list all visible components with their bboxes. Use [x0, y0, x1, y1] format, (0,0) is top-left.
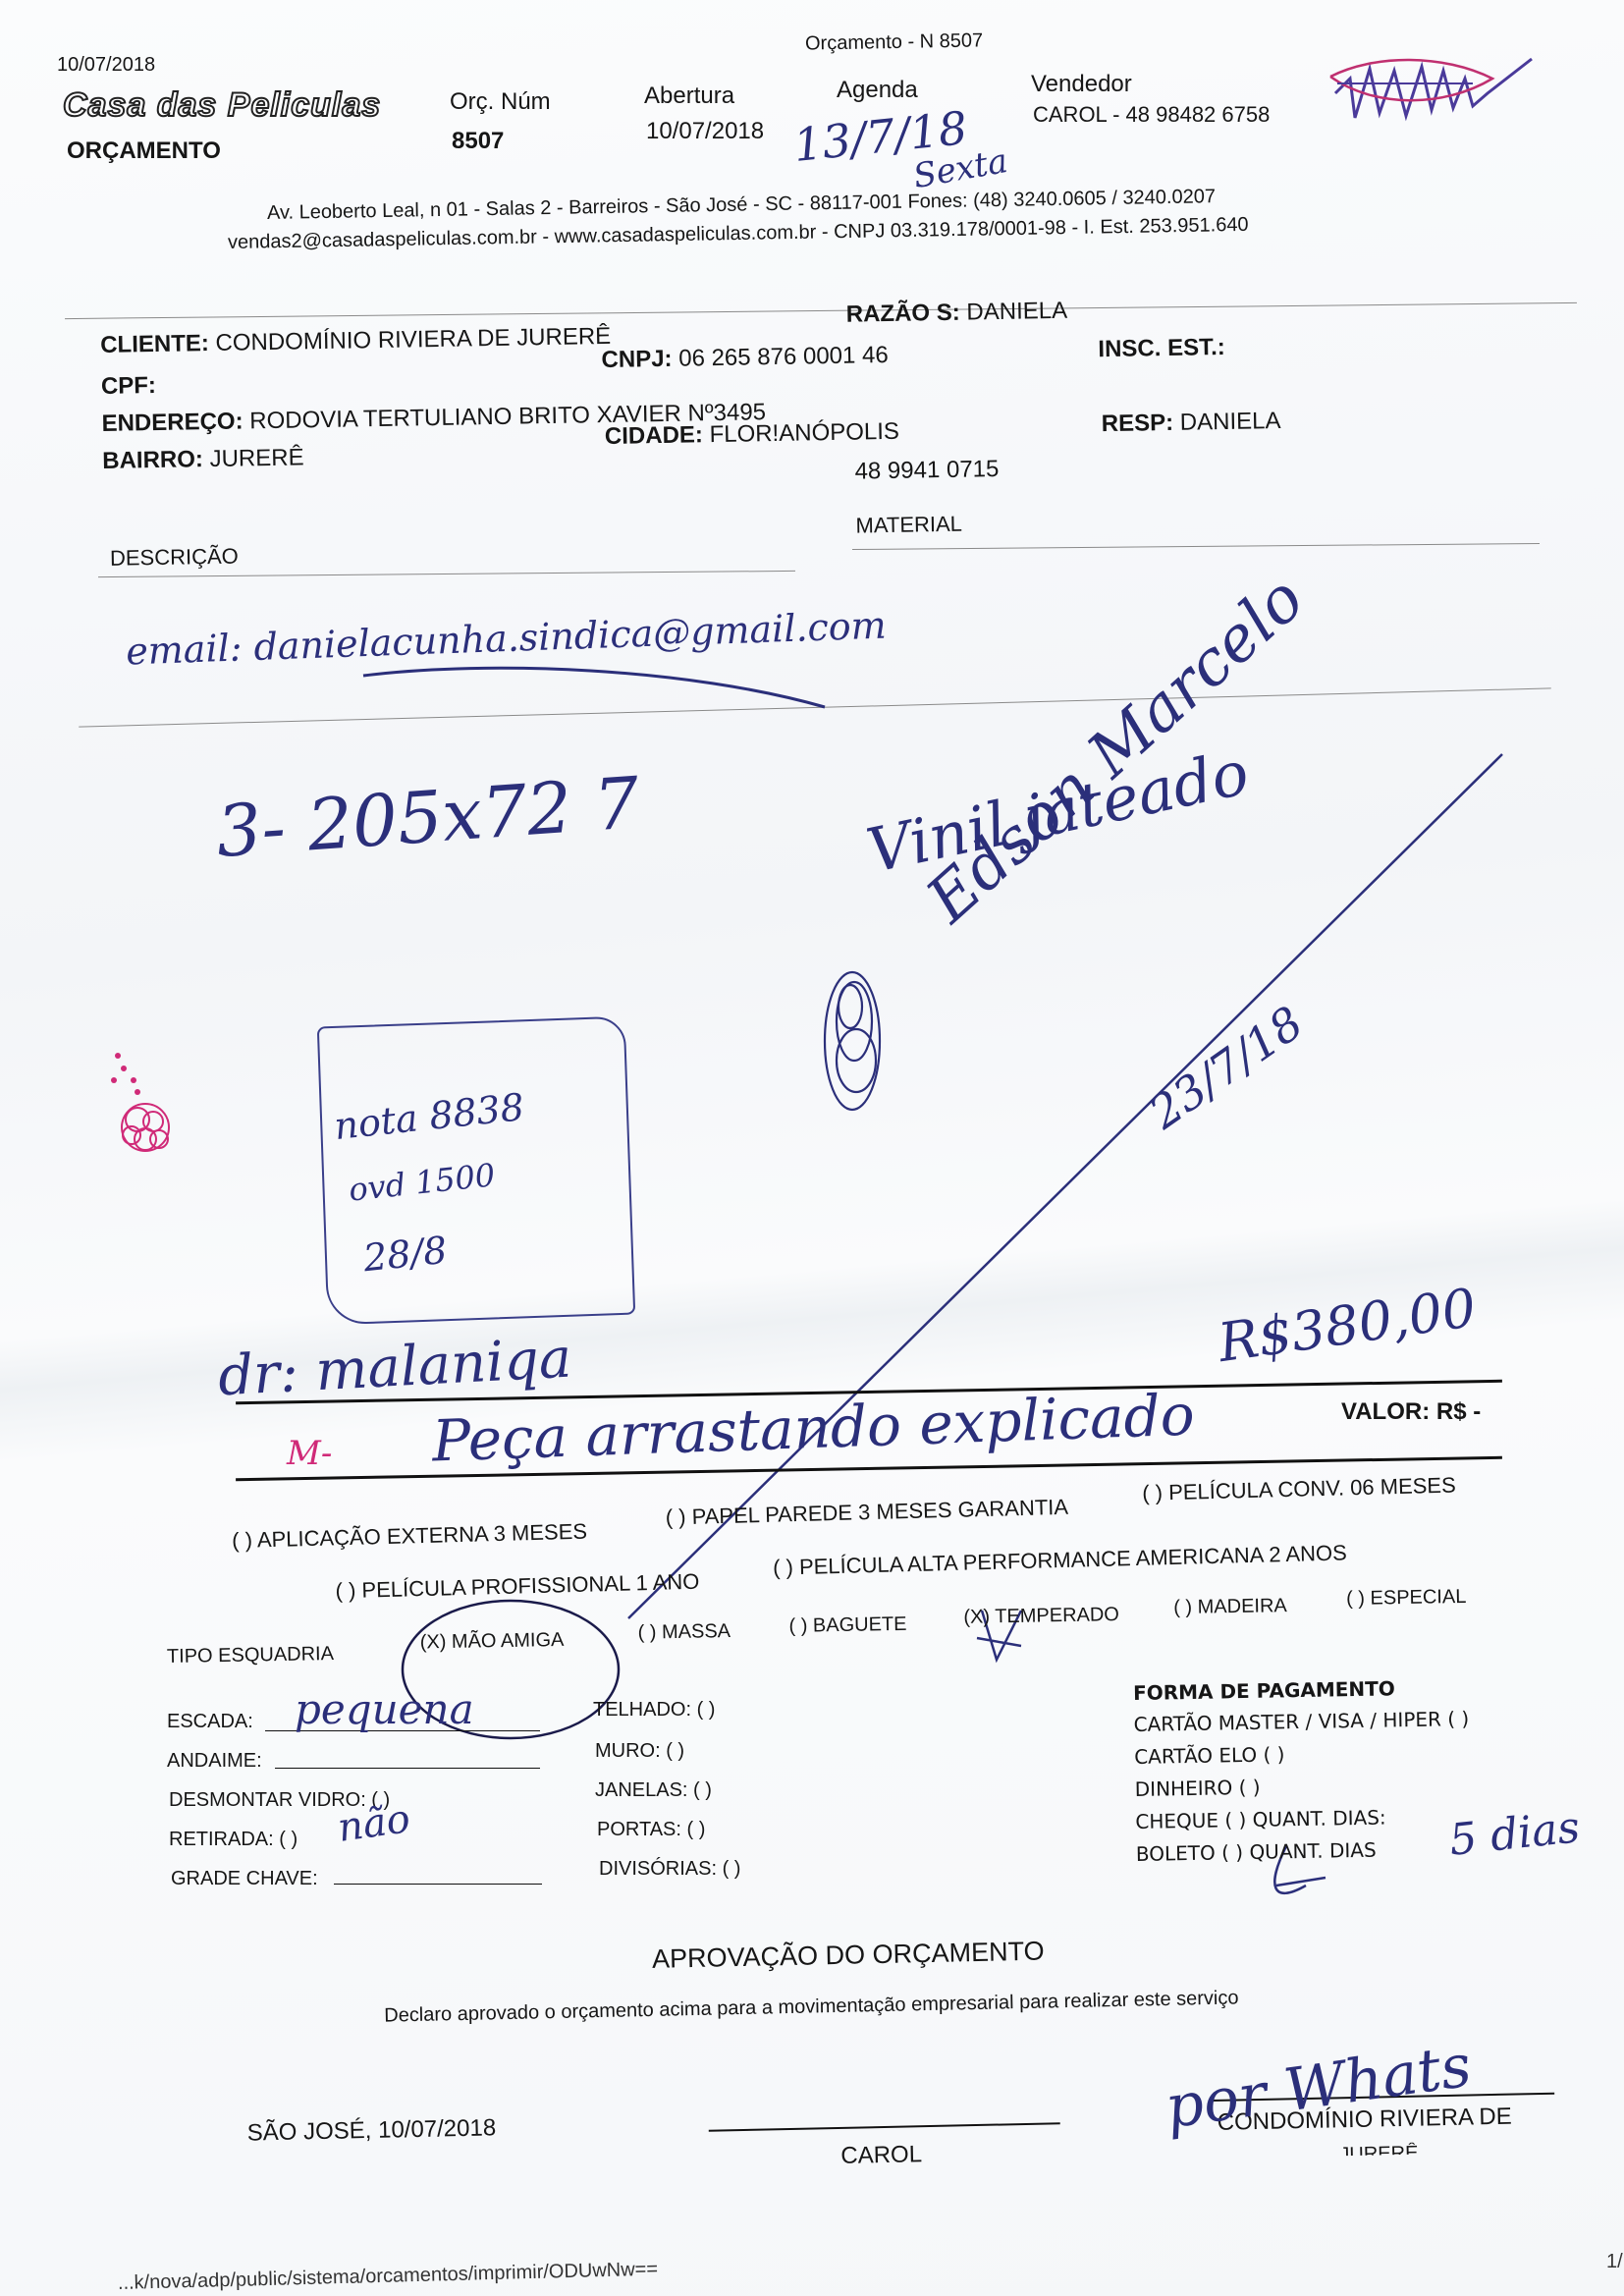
cnpj-value: 06 265 876 0001 46 — [678, 342, 889, 372]
checkbox-icon: ( ) — [788, 1615, 813, 1637]
insc-est-label: INSC. EST.: — [1098, 334, 1225, 363]
option-aplicacao-externa[interactable]: ( ) APLICAÇÃO EXTERNA 3 MESES — [232, 1519, 587, 1554]
footer-url: ...k/nova/adp/public/sistema/orcamentos/… — [118, 2259, 659, 2295]
cnpj-field: CNPJ: 06 265 876 0001 46 — [601, 342, 889, 374]
print-date: 10/07/2018 — [57, 54, 155, 77]
footer-page-number: 1/ — [1606, 2251, 1623, 2273]
material-underline — [852, 543, 1540, 550]
retirada-handwritten: não — [335, 1796, 412, 1851]
doc-title-top: Orçamento - N 8507 — [805, 29, 984, 55]
grade-chave-field-line[interactable] — [334, 1884, 542, 1885]
esquadria-massa[interactable]: ( ) MASSA — [637, 1620, 731, 1645]
descricao-underline — [98, 571, 795, 577]
esquadria-baguete[interactable]: ( ) BAGUETE — [788, 1613, 906, 1638]
telhado-field[interactable]: TELHADO: ( ) — [593, 1699, 715, 1722]
approval-title: APROVAÇÃO DO ORÇAMENTO — [652, 1937, 1045, 1975]
andaime-field-line[interactable] — [275, 1768, 540, 1769]
material-label: MATERIAL — [855, 512, 962, 539]
orc-num-label: Orç. Núm — [450, 88, 551, 116]
descricao-label: DESCRIÇÃO — [110, 544, 239, 572]
bairro-field: BAIRRO: JURERÊ — [102, 444, 304, 475]
cidade-field: CIDADE: FLOR!ANÓPOLIS — [605, 418, 900, 451]
checkbox-icon: ( ) — [637, 1621, 662, 1643]
checkbox-icon: ( ) — [1173, 1597, 1198, 1618]
valor-label: VALOR: R$ - — [1341, 1398, 1481, 1426]
janelas-field[interactable]: JANELAS: ( ) — [595, 1779, 712, 1802]
vendedor-value: CAROL - 48 98482 6758 — [1033, 102, 1270, 128]
checkbox-checked-icon: (X) — [420, 1631, 453, 1654]
handwritten-diag-signature: Edson Marcelo — [913, 563, 1318, 937]
doc-type: ORÇAMENTO — [67, 137, 221, 165]
divisorias-field[interactable]: DIVISÓRIAS: ( ) — [599, 1858, 740, 1881]
cpf-label: CPF: — [101, 372, 156, 401]
header-divider — [65, 302, 1577, 319]
esquadria-temperado[interactable]: (X) TEMPERADO — [963, 1604, 1119, 1629]
escada-label: ESCADA: — [167, 1711, 253, 1733]
retirada-field[interactable]: RETIRADA: ( ) — [169, 1829, 298, 1851]
payment-cartao-elo[interactable]: CARTÃO ELO ( ) — [1134, 1742, 1285, 1769]
seller-signature-line[interactable] — [709, 2122, 1060, 2131]
bairro-value: JURERÊ — [209, 444, 303, 472]
resp-field: RESP: DANIELA — [1102, 408, 1281, 438]
razao-field: RAZÃO S: DANIELA — [846, 298, 1068, 329]
handwritten-pink-mark: M- — [287, 1434, 332, 1473]
orc-num-value: 8507 — [452, 128, 504, 155]
esquadria-madeira[interactable]: ( ) MADEIRA — [1173, 1595, 1287, 1619]
vendedor-label: Vendedor — [1031, 71, 1132, 98]
payment-dinheiro[interactable]: DINHEIRO ( ) — [1135, 1776, 1261, 1801]
cliente-field: CLIENTE: CONDOMÍNIO RIVIERA DE JURERÊ — [100, 323, 611, 359]
payment-title: FORMA DE PAGAMENTO — [1133, 1676, 1395, 1705]
handwritten-email: email: danielacunha.sindica@gmail.com — [125, 603, 887, 673]
esquadria-mao-amiga[interactable]: (X) MÃO AMIGA — [420, 1629, 565, 1655]
boleto-days-handwritten: 5 dias — [1447, 1802, 1583, 1866]
client-phone: 48 9941 0715 — [854, 456, 999, 486]
portas-field[interactable]: PORTAS: ( ) — [597, 1819, 705, 1841]
option-pelicula-alta-performance[interactable]: ( ) PELÍCULA ALTA PERFORMANCE AMERICANA … — [773, 1540, 1347, 1580]
option-pelicula-profissional[interactable]: ( ) PELÍCULA PROFISSIONAL 1 ANO — [335, 1569, 699, 1605]
abertura-label: Abertura — [644, 82, 734, 110]
payment-boleto[interactable]: BOLETO ( ) QUANT. DIAS — [1136, 1838, 1377, 1866]
escada-handwritten: pequena — [295, 1685, 474, 1733]
email-divider — [79, 687, 1551, 727]
andaime-label: ANDAIME: — [167, 1750, 262, 1773]
cidade-value: FLOR!ANÓPOLIS — [709, 418, 899, 448]
grade-chave-label: GRADE CHAVE: — [171, 1868, 318, 1890]
abertura-value: 10/07/2018 — [646, 118, 764, 145]
resp-value: DANIELA — [1180, 408, 1281, 436]
agenda-label: Agenda — [837, 77, 918, 104]
scanned-quote-page: 10/07/2018 Orçamento - N 8507 Casa das P… — [0, 0, 1624, 2296]
checkbox-icon: ( ) — [1346, 1588, 1371, 1610]
handwritten-price: R$380,00 — [1215, 1277, 1480, 1374]
option-pelicula-conv[interactable]: ( ) PELÍCULA CONV. 06 MESES — [1142, 1472, 1456, 1505]
razao-value: DANIELA — [966, 298, 1067, 326]
esquadria-label: TIPO ESQUADRIA — [167, 1643, 334, 1668]
checkbox-checked-icon: (X) — [963, 1606, 995, 1628]
payment-cartao-master[interactable]: CARTÃO MASTER / VISA / HIPER ( ) — [1133, 1707, 1469, 1736]
brand-logo: Casa das Peliculas — [63, 86, 381, 125]
seller-signature-name: CAROL — [840, 2141, 922, 2170]
note-line-3: 28/8 — [361, 1229, 449, 1281]
approval-place-date: SÃO JOSÉ, 10/07/2018 — [246, 2114, 496, 2147]
handwritten-diag-date: 23/7/18 — [1140, 996, 1313, 1139]
option-papel-parede[interactable]: ( ) PAPEL PAREDE 3 MESES GARANTIA — [665, 1495, 1068, 1531]
muro-field[interactable]: MURO: ( ) — [595, 1740, 684, 1763]
approval-statement: Declaro aprovado o orçamento acima para … — [384, 1987, 1239, 2027]
handwritten-measure: 3- 205x72 7 — [214, 761, 642, 873]
cliente-value: CONDOMÍNIO RIVIERA DE JURERÊ — [215, 323, 611, 356]
payment-cheque[interactable]: CHEQUE ( ) QUANT. DIAS: — [1135, 1806, 1386, 1833]
handwritten-peca: Peça arrastando explicado — [431, 1381, 1196, 1474]
esquadria-especial[interactable]: ( ) ESPECIAL — [1346, 1586, 1467, 1611]
client-signature-name-2: JURERÊ — [1339, 2143, 1418, 2157]
